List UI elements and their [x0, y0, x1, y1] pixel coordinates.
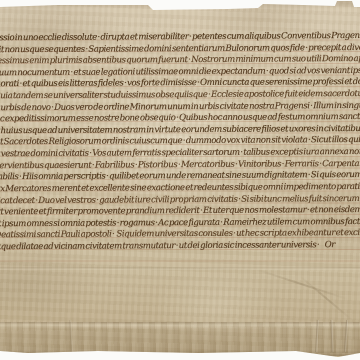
parchment-sheet: nissio in uno ecclie dissolute · dirupta…	[0, 0, 360, 360]
parchment-bottom-edge	[0, 350, 360, 356]
plica-fold-band	[0, 322, 360, 353]
manuscript-photo: nissio in uno ecclie dissolute · dirupta…	[0, 0, 360, 360]
manuscript-line: atque dilatae ad vicinam civitatem trans…	[0, 238, 360, 252]
manuscript-text: nissio in uno ecclie dissolute · dirupta…	[0, 29, 360, 252]
crease-line	[0, 267, 360, 270]
parchment-top-edge	[0, 0, 360, 9]
